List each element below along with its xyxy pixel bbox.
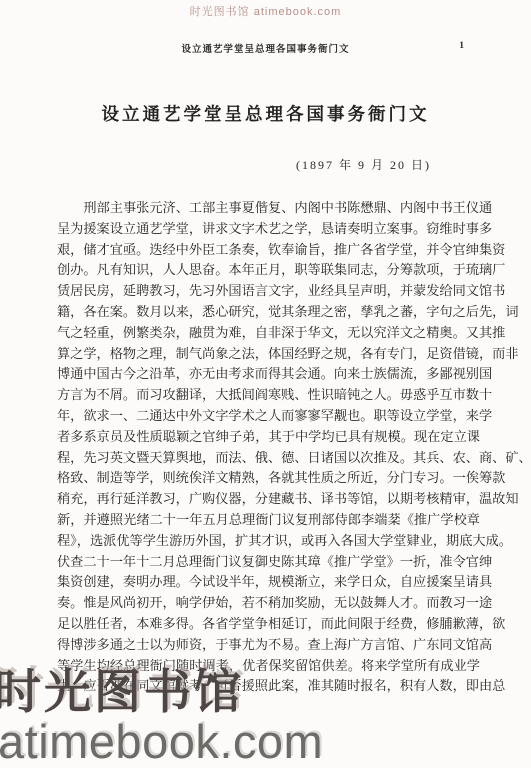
body-line: 伏查二十一年十二月总理衙门议复御史陈其璋《推广学堂》一折，准令官绅 bbox=[57, 552, 480, 573]
body-line: 集资创建，奏明办理。今试设半年，规模渐立，来学日众，自应援案呈请具 bbox=[57, 572, 480, 593]
body-line: 稍充，再行延洋教习，广购仪器，分建藏书、译书等馆，以期考核精审，温故知 bbox=[57, 489, 480, 510]
body-line: 年，欲求一、二通达中外文字学术之人而寥寥罕觏也。职等设立学堂，来学 bbox=[57, 406, 480, 427]
body-line: 足以胜任者，本难多得。各省学堂争相延订，而此间限于经费，修脯歉薄，欲 bbox=[57, 614, 480, 635]
body-line: 者多系京员及性质聪颖之官绅子弟，其于中学均已具有规模。现在定立课 bbox=[57, 427, 480, 448]
body-line: 格致、制造等学，则统俟洋文精熟，各就其性质之所近，分门专习。一俟筹款 bbox=[57, 468, 480, 489]
body-line: 呈为援案设立通艺学堂，讲求文字术艺之学，恳请奏明立案事。窃维时事多 bbox=[57, 219, 480, 240]
scanned-document-page: 时光图书馆 atimebook.com 设立通艺学堂呈总理各国事务衙门文 1 设… bbox=[0, 0, 531, 768]
body-line: 新，并遵照光绪二十一年五月总理衙门议复刑部侍郎李端棻《推广学校章 bbox=[57, 510, 480, 531]
page-number: 1 bbox=[459, 41, 464, 51]
bottom-watermark-name: 时光图书馆 bbox=[0, 655, 244, 722]
body-line: 方言为不屑。而习攻翻译，大抵闾阎寒贱、性识暗钝之人。毋惑乎互市数十 bbox=[57, 385, 480, 406]
document-date: (1897 年 9 月 20 日) bbox=[0, 156, 531, 173]
running-header-title: 设立通艺学堂呈总理各国事务衙门文 bbox=[0, 41, 531, 55]
document-body: 刑部主事张元济、工部主事夏偕复、内阁中书陈懋鼎、内阁中书王仪通 呈为援案设立通艺… bbox=[57, 198, 480, 697]
body-line: 刑部主事张元济、工部主事夏偕复、内阁中书陈懋鼎、内阁中书王仪通 bbox=[57, 198, 480, 219]
body-line: 得博涉多通之士以为师资，于事尤为不易。查上海广方言馆、广东同文馆高 bbox=[57, 635, 480, 656]
top-watermark: 时光图书馆 atimebook.com bbox=[0, 3, 531, 19]
body-line: 程》，选派优等学生游历外国，扩其才识，或再入各国大学堂肄业，期底大成。 bbox=[57, 531, 480, 552]
running-header: 设立通艺学堂呈总理各国事务衙门文 1 bbox=[0, 41, 531, 57]
document-title: 设立通艺学堂呈总理各国事务衙门文 bbox=[0, 101, 531, 126]
body-line: 艰，储才宜亟。迭经中外臣工条奏，钦奉谕旨，推广各省学堂，并令官绅集资 bbox=[57, 240, 480, 261]
body-line: 程，先习英文暨天算舆地，而法、俄、德、日诸国以次推及。其兵、农、商、矿、 bbox=[57, 448, 480, 469]
body-line: 赁居民房，延聘教习，先习外国语言文字，业经具呈声明，并蒙发给同文馆书 bbox=[57, 281, 480, 302]
body-line: 创办。凡有知识，人人思奋。本年正月，职等联集同志，分筹款项，于琉璃厂 bbox=[57, 260, 480, 281]
body-line: 博通中国古今之沿革，亦无由考求而得其会通。向来士族儒流，多鄙视别国 bbox=[57, 364, 480, 385]
body-line: 气之轻重，例繁类杂，融贯为难，自非深于华文，无以究洋文之精奥。又其推 bbox=[57, 323, 480, 344]
bottom-watermark-url: atimebook.com bbox=[0, 714, 323, 768]
body-line: 算之学，格物之理，制气尚象之法，体国经野之规，各有专门，足资借镜，而非 bbox=[57, 344, 480, 365]
body-line: 奏。惟是风尚初开，响学伊始，若不稍加奖励，无以鼓舞人才。而教习一途 bbox=[57, 593, 480, 614]
body-line: 籍，各在案。数月以来，悉心研究，觉其条理之密，孳乳之蕃，字句之后先，词 bbox=[57, 302, 480, 323]
